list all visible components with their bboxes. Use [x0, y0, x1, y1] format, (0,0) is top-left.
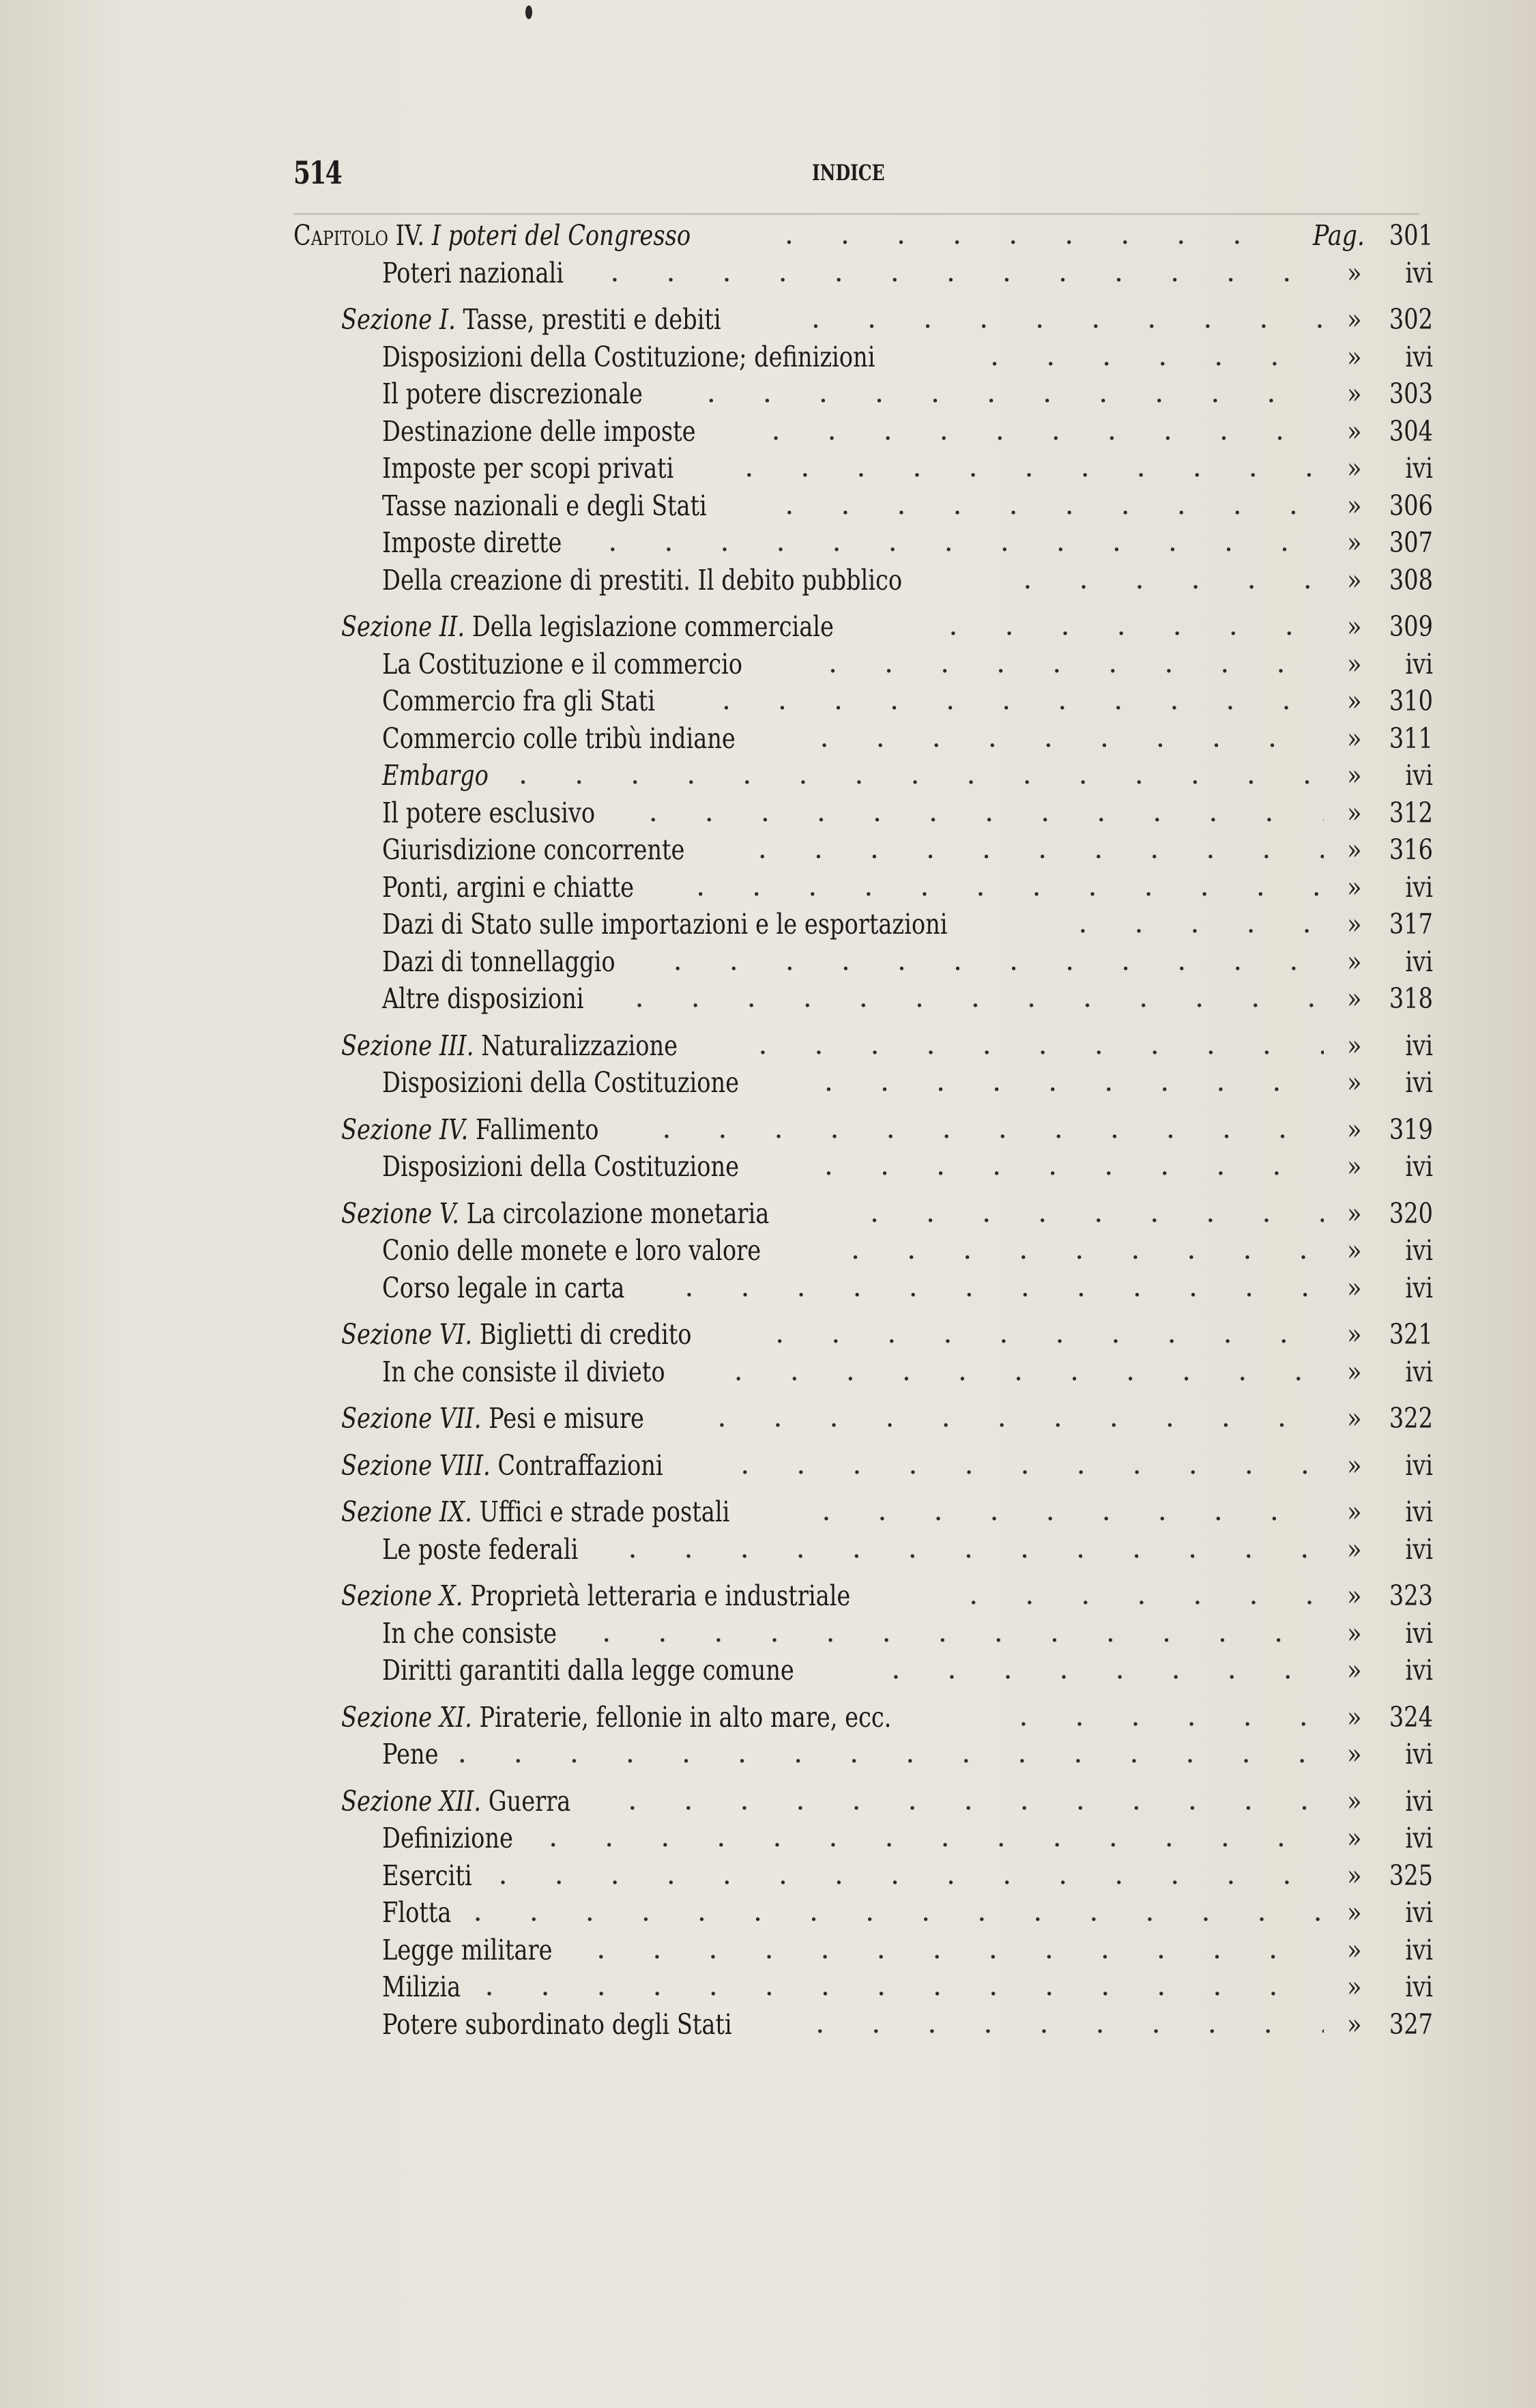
ditto-mark: » [1327, 339, 1362, 376]
page-ref: 301 [1377, 217, 1433, 255]
chapter-entry: Capitolo IV. I poteri del Congresso Pag.… [293, 217, 1433, 255]
entry-title: Fallimento [476, 1113, 599, 1146]
dot-leader [1071, 904, 1324, 942]
entry-label: Destinazione delle imposte [382, 413, 696, 450]
entry-label: Commercio fra gli Stati [382, 683, 655, 720]
page-ref: 303 [1377, 375, 1433, 413]
entry-title: Disposizioni della Costituzione; definiz… [382, 341, 875, 373]
entry-title: Contraffazioni [497, 1449, 663, 1482]
page-ref: ivi [1377, 1968, 1433, 2006]
entry-label: Milizia [382, 1968, 461, 2006]
ditto-mark: » [1327, 1783, 1362, 1820]
ditto-mark: » [1327, 1493, 1362, 1531]
entry-title: Dazi di tonnellaggio [382, 945, 615, 978]
entry-title: Pene [382, 1738, 439, 1771]
subsection-entry: Poteri nazionali»ivi [293, 255, 1433, 292]
page-ref: 323 [1377, 1577, 1433, 1615]
section-entry: Sezione IX. Uffici e strade postali»ivi [293, 1493, 1433, 1531]
section-number: Sezione IX. [341, 1495, 472, 1528]
entry-title: In che consiste il divieto [382, 1356, 665, 1388]
ditto-mark: » [1327, 1027, 1362, 1065]
section-number: Sezione XII. [341, 1785, 481, 1818]
subsection-entry: La Costituzione e il commercio»ivi [293, 646, 1433, 683]
subsection-entry: Definizione»ivi [293, 1820, 1433, 1857]
page-ref: ivi [1377, 1531, 1433, 1568]
entry-label: Disposizioni della Costituzione [382, 1064, 739, 1102]
subsection-entry: Dazi di Stato sulle importazioni e le es… [293, 906, 1433, 943]
ditto-mark: » [1327, 1064, 1362, 1102]
ditto-mark: » [1327, 1447, 1362, 1485]
ditto-mark: » [1327, 1195, 1362, 1233]
subsection-entry: Diritti garantiti dalla legge comune»ivi [293, 1652, 1433, 1689]
subsection-entry: In che consiste»ivi [293, 1615, 1433, 1652]
dot-leader [942, 607, 1324, 644]
subsection-entry: Milizia»ivi [293, 1968, 1433, 2006]
section-entry: Sezione II. Della legislazione commercia… [293, 608, 1433, 646]
page-ref: 310 [1377, 683, 1433, 720]
dot-leader [815, 1492, 1324, 1530]
subsection-entry: Destinazione delle imposte»304 [293, 413, 1433, 450]
dot-leader [822, 644, 1324, 682]
subsection-entry: Imposte per scopi privati»ivi [293, 450, 1433, 487]
dot-leader [738, 448, 1324, 486]
entry-title: Imposte per scopi privati [382, 452, 673, 485]
subsection-entry: Potere subordinato degli Stati»327 [293, 2006, 1433, 2044]
page-ref: 321 [1377, 1316, 1433, 1353]
page-ref: 318 [1377, 980, 1433, 1018]
entry-label: Sezione IV. Fallimento [341, 1111, 598, 1149]
entry-title: Le poste federali [382, 1533, 578, 1566]
page-ref: ivi [1377, 1932, 1433, 1969]
entry-title: La Costituzione e il commercio [382, 648, 742, 680]
section-entry: Sezione I. Tasse, prestiti e debiti»302 [293, 301, 1433, 339]
entry-title: Ponti, argini e chiatte [382, 871, 634, 904]
page-ref: ivi [1377, 339, 1433, 376]
ditto-mark: » [1327, 906, 1362, 943]
ditto-mark: » [1327, 301, 1362, 339]
running-title: INDICE [812, 160, 885, 186]
entry-title: Naturalizzazione [481, 1029, 678, 1062]
entry-label: Disposizioni della Costituzione [382, 1148, 739, 1186]
page-ref: 319 [1377, 1111, 1433, 1149]
ditto-mark: » [1327, 1857, 1362, 1895]
page-ref: ivi [1377, 255, 1433, 292]
entry-label: Commercio colle tribù indiane [382, 720, 736, 758]
entry-title: Disposizioni della Costituzione [382, 1150, 739, 1183]
section-number: Sezione VI. [341, 1318, 472, 1351]
ditto-mark: » [1327, 2006, 1362, 2044]
section-number: Sezione III. [341, 1029, 474, 1062]
dot-leader [601, 523, 1324, 560]
ditto-mark: » [1327, 487, 1362, 525]
entry-label: Sezione XI. Piraterie, fellonie in alto … [341, 1699, 891, 1736]
section-number: Sezione II. [341, 610, 465, 643]
subsection-entry: Imposte dirette»307 [293, 524, 1433, 562]
dot-leader [467, 1893, 1324, 1930]
dot-leader [710, 1399, 1324, 1436]
ditto-mark: » [1327, 450, 1362, 487]
entry-title: Altre disposizioni [382, 982, 584, 1015]
chapter-prefix: Capitolo [293, 219, 388, 252]
page-ref: ivi [1377, 1493, 1433, 1531]
entry-label: Il potere discrezionale [382, 375, 643, 413]
dot-leader [734, 1446, 1324, 1483]
entry-label: La Costituzione e il commercio [382, 646, 742, 683]
subsection-entry: Dazi di tonnellaggio»ivi [293, 943, 1433, 981]
dot-leader [778, 486, 1324, 524]
subsection-entry: Conio delle monete e loro valore»ivi [293, 1232, 1433, 1270]
dot-leader [512, 756, 1324, 793]
entry-label: Sezione III. Naturalizzazione [341, 1027, 678, 1065]
section-number: Sezione X. [341, 1579, 463, 1612]
page-ref: ivi [1377, 757, 1433, 794]
page-ref: 327 [1377, 2006, 1433, 2044]
entry-label: Dazi di tonnellaggio [382, 943, 615, 981]
dot-leader [590, 1930, 1324, 1968]
section-entry: Sezione XI. Piraterie, fellonie in alto … [293, 1699, 1433, 1736]
entry-label: In che consiste [382, 1615, 557, 1652]
page-ref: ivi [1377, 1027, 1433, 1065]
entry-label: Embargo [382, 757, 489, 794]
dot-leader [768, 1315, 1324, 1352]
entry-title: Tasse, prestiti e debiti [463, 303, 721, 336]
entry-label: Conio delle monete e loro valore [382, 1232, 761, 1270]
ink-speck [525, 5, 532, 19]
entry-label: Tasse nazionali e degli Stati [382, 487, 707, 525]
entry-title: Imposte dirette [382, 526, 562, 559]
entry-label: Eserciti [382, 1857, 472, 1895]
entry-title: Piraterie, fellonie in alto mare, ecc. [479, 1701, 891, 1734]
dot-leader [1012, 1697, 1324, 1735]
ditto-mark: » [1327, 943, 1362, 981]
entry-title: Biglietti di credito [480, 1318, 692, 1351]
entry-title: Commercio fra gli Stati [382, 685, 655, 717]
page-ref: 322 [1377, 1400, 1433, 1437]
page-ref: ivi [1377, 1270, 1433, 1307]
subsection-entry: Legge militare»ivi [293, 1932, 1433, 1969]
entry-title: Guerra [489, 1785, 571, 1818]
dot-leader [655, 1110, 1324, 1147]
page-ref: ivi [1377, 1652, 1433, 1689]
entry-label: Dazi di Stato sulle importazioni e le es… [382, 906, 948, 943]
dot-leader [451, 1734, 1324, 1772]
subsection-entry: Della creazione di prestiti. Il debito p… [293, 562, 1433, 599]
subsection-entry: Disposizioni della Costituzione»ivi [293, 1148, 1433, 1186]
entry-label: Sezione VI. Biglietti di credito [341, 1316, 691, 1353]
page-ref: ivi [1377, 450, 1433, 487]
page-ref: 324 [1377, 1699, 1433, 1736]
ditto-mark: » [1327, 1400, 1362, 1437]
entry-title: La circolazione monetaria [467, 1197, 770, 1230]
page-ref: ivi [1377, 1064, 1433, 1102]
dot-leader [689, 868, 1324, 905]
dot-leader [621, 1781, 1324, 1819]
subsection-entry: Disposizioni della Costituzione; definiz… [293, 339, 1433, 376]
entry-title: Poteri nazionali [382, 257, 564, 289]
page-ref: ivi [1377, 869, 1433, 906]
dot-leader [727, 1352, 1324, 1390]
section-entry: Sezione VII. Pesi e misure»322 [293, 1400, 1433, 1437]
ditto-mark: » [1327, 720, 1362, 758]
entry-label: Diritti garantiti dalla legge comune [382, 1652, 794, 1689]
entry-title: Flotta [382, 1896, 451, 1929]
entry-label: Sezione I. Tasse, prestiti e debiti [341, 301, 721, 339]
ditto-mark: » [1327, 831, 1362, 869]
entry-label: Corso legale in carta [382, 1270, 624, 1307]
entry-title: Milizia [382, 1970, 461, 2003]
dot-leader [809, 2005, 1324, 2042]
entry-label: Pene [382, 1736, 439, 1773]
entry-label: Flotta [382, 1894, 451, 1932]
ditto-mark: » [1327, 980, 1362, 1018]
chapter-heading: Capitolo IV. I poteri del Congresso [293, 217, 691, 255]
page-ref: 312 [1377, 794, 1433, 832]
chapter-title: I poteri del Congresso [432, 219, 691, 252]
page-ref: ivi [1377, 1783, 1433, 1820]
dot-leader [642, 793, 1324, 831]
entry-title: Tasse nazionali e degli Stati [382, 489, 707, 522]
ditto-mark: » [1327, 1531, 1362, 1568]
entry-label: In che consiste il divieto [382, 1353, 665, 1391]
page-ref: 320 [1377, 1195, 1433, 1233]
page-ref: ivi [1377, 1894, 1433, 1932]
ditto-mark: » [1327, 683, 1362, 720]
dot-leader [478, 1967, 1324, 2005]
entry-title: Pesi e misure [489, 1402, 644, 1435]
subsection-entry: In che consiste il divieto»ivi [293, 1353, 1433, 1391]
entry-label: Disposizioni della Costituzione; definiz… [382, 339, 875, 376]
dot-leader [603, 253, 1324, 291]
ditto-mark: » [1327, 1270, 1362, 1307]
ditto-mark: » [1327, 1148, 1362, 1186]
ditto-mark: » [1327, 1932, 1362, 1969]
entry-title: Potere subordinato degli Stati [382, 2008, 732, 2041]
subsection-entry: Giurisdizione concorrente»316 [293, 831, 1433, 869]
subsection-entry: Le poste federali»ivi [293, 1531, 1433, 1568]
dot-leader [678, 1268, 1324, 1306]
page-ref: 306 [1377, 487, 1433, 525]
section-entry: Sezione III. Naturalizzazione»ivi [293, 1027, 1433, 1065]
entry-title: Conio delle monete e loro valore [382, 1234, 761, 1267]
dot-leader [863, 1194, 1324, 1231]
ditto-mark: » [1327, 1699, 1362, 1736]
entry-label: Imposte dirette [382, 524, 562, 562]
ditto-mark: » [1327, 1652, 1362, 1689]
subsection-entry: Pene»ivi [293, 1736, 1433, 1773]
ditto-mark: » [1327, 1736, 1362, 1773]
dot-leader [1016, 560, 1324, 598]
ditto-mark: » [1327, 1316, 1362, 1353]
table-of-contents: Capitolo IV. I poteri del Congresso Pag.… [293, 217, 1433, 2043]
section-number: Sezione VII. [341, 1402, 481, 1435]
ditto-mark: » [1327, 1820, 1362, 1857]
dot-leader [962, 1576, 1324, 1614]
section-number: Sezione I. [341, 303, 456, 336]
dot-leader [667, 942, 1324, 979]
section-entry: Sezione XII. Guerra»ivi [293, 1783, 1433, 1820]
page-ref: ivi [1377, 1447, 1433, 1485]
entry-title: Uffici e strade postali [479, 1495, 729, 1528]
dot-leader [983, 337, 1324, 375]
subsection-entry: Commercio colle tribù indiane»311 [293, 720, 1433, 758]
entry-title: Giurisdizione concorrente [382, 833, 684, 866]
page-ref: 309 [1377, 608, 1433, 646]
dot-leader [542, 1818, 1324, 1856]
entry-label: Le poste federali [382, 1531, 578, 1568]
header-rule [293, 213, 1419, 215]
entry-title: Dazi di Stato sulle importazioni e le es… [382, 908, 948, 941]
entry-title: Disposizioni della Costituzione [382, 1066, 739, 1099]
page-ref: 304 [1377, 413, 1433, 450]
dot-leader [700, 374, 1324, 412]
ditto-mark: » [1327, 562, 1362, 599]
entry-title: Definizione [382, 1822, 513, 1854]
ditto-mark: » [1327, 1577, 1362, 1615]
dot-leader [715, 681, 1324, 719]
page-ref: 307 [1377, 524, 1433, 562]
section-entry: Sezione V. La circolazione monetaria»320 [293, 1195, 1433, 1233]
entry-label: Poteri nazionali [382, 255, 564, 292]
ditto-mark: » [1327, 255, 1362, 292]
section-number: Sezione IV. [341, 1113, 468, 1146]
ditto-mark: » [1327, 1232, 1362, 1270]
subsection-entry: Commercio fra gli Stati»310 [293, 683, 1433, 720]
subsection-entry: Corso legale in carta»ivi [293, 1270, 1433, 1307]
entry-title: Legge militare [382, 1934, 553, 1966]
section-entry: Sezione VIII. Contraffazioni»ivi [293, 1447, 1433, 1485]
dot-leader [805, 300, 1324, 337]
ditto-mark: » [1327, 524, 1362, 562]
entry-title: Eserciti [382, 1859, 472, 1892]
section-entry: Sezione IV. Fallimento»319 [293, 1111, 1433, 1149]
entry-title: Commercio colle tribù indiane [382, 722, 736, 755]
subsection-entry: Eserciti»325 [293, 1857, 1433, 1895]
dot-leader [751, 830, 1324, 868]
subsection-entry: Il potere esclusivo»312 [293, 794, 1433, 832]
page-ref: ivi [1377, 646, 1433, 683]
section-number: Sezione XI. [341, 1701, 472, 1734]
entry-title: Della creazione di prestiti. Il debito p… [382, 564, 902, 597]
entry-label: Sezione XII. Guerra [341, 1783, 570, 1820]
entry-title: Destinazione delle imposte [382, 415, 696, 448]
ditto-mark: » [1327, 1968, 1362, 2006]
entry-label: Altre disposizioni [382, 980, 584, 1018]
page-ref: ivi [1377, 1820, 1433, 1857]
dot-leader [778, 216, 1283, 253]
entry-title: Il potere discrezionale [382, 377, 643, 410]
ditto-mark: » [1327, 646, 1362, 683]
page-ref: ivi [1377, 1232, 1433, 1270]
section-entry: Sezione VI. Biglietti di credito»321 [293, 1316, 1433, 1353]
dot-leader [764, 412, 1324, 449]
subsection-entry: Ponti, argini e chiatte»ivi [293, 869, 1433, 906]
ditto-mark: » [1327, 1894, 1362, 1932]
page-ref: 311 [1377, 720, 1433, 758]
entry-label: Potere subordinato degli Stati [382, 2006, 732, 2044]
page-ref: ivi [1377, 1736, 1433, 1773]
dot-leader [492, 1856, 1324, 1893]
page-ref: ivi [1377, 1353, 1433, 1391]
chapter-numeral: IV. [396, 219, 424, 252]
ditto-mark: » [1327, 869, 1362, 906]
entry-label: Della creazione di prestiti. Il debito p… [382, 562, 902, 599]
ditto-mark: » [1327, 375, 1362, 413]
entry-title: Proprietà letteraria e industriale [470, 1579, 850, 1612]
entry-title: In che consiste [382, 1617, 557, 1650]
entry-label: Sezione X. Proprietà letteraria e indust… [341, 1577, 850, 1615]
entry-label: Sezione VIII. Contraffazioni [341, 1447, 663, 1485]
section-number: Sezione VIII. [341, 1449, 491, 1482]
dot-leader [817, 1147, 1324, 1184]
entry-title: Diritti garantiti dalla legge comune [382, 1654, 794, 1687]
entry-label: Sezione VII. Pesi e misure [341, 1400, 644, 1437]
page-ref: 325 [1377, 1857, 1433, 1895]
entry-title: Il potere esclusivo [382, 797, 595, 829]
entry-label: Imposte per scopi privati [382, 450, 673, 487]
entry-label: Ponti, argini e chiatte [382, 869, 634, 906]
dot-leader [621, 1530, 1324, 1567]
entry-label: Definizione [382, 1820, 513, 1857]
ditto-mark: » [1327, 794, 1362, 832]
entry-label: Legge militare [382, 1932, 553, 1969]
ditto-mark: » [1327, 608, 1362, 646]
dot-leader [813, 719, 1324, 756]
entry-label: Sezione II. Della legislazione commercia… [341, 608, 834, 646]
page-ref: ivi [1377, 943, 1433, 981]
page-ref: ivi [1377, 1148, 1433, 1186]
entry-title: Della legislazione commerciale [472, 610, 834, 643]
dot-leader [628, 979, 1324, 1016]
ditto-mark: » [1327, 1615, 1362, 1652]
page-ref: 317 [1377, 906, 1433, 943]
ditto-mark: » [1327, 1353, 1362, 1391]
entry-label: Sezione IX. Uffici e strade postali [341, 1493, 729, 1531]
entry-label: Il potere esclusivo [382, 794, 595, 832]
entry-label: Giurisdizione concorrente [382, 831, 684, 869]
page-ref: 302 [1377, 301, 1433, 339]
page-header: 514 INDICE [293, 154, 1426, 195]
entry-title: Embargo [382, 759, 489, 792]
subsection-entry: Disposizioni della Costituzione»ivi [293, 1064, 1433, 1102]
page-label: Pag. [1295, 217, 1365, 255]
subsection-entry: Il potere discrezionale»303 [293, 375, 1433, 413]
ditto-mark: » [1327, 1111, 1362, 1149]
subsection-entry: Embargo»ivi [293, 757, 1433, 794]
dot-leader [884, 1650, 1324, 1688]
page-ref: 308 [1377, 562, 1433, 599]
ditto-mark: » [1327, 757, 1362, 794]
subsection-entry: Tasse nazionali e degli Stati»306 [293, 487, 1433, 525]
section-number: Sezione V. [341, 1197, 459, 1230]
ditto-mark: » [1327, 413, 1362, 450]
dot-leader [817, 1063, 1324, 1100]
section-entry: Sezione X. Proprietà letteraria e indust… [293, 1577, 1433, 1615]
page-number: 514 [293, 154, 341, 191]
entry-title: Corso legale in carta [382, 1272, 624, 1304]
subsection-entry: Altre disposizioni»318 [293, 980, 1433, 1018]
dot-leader [595, 1614, 1324, 1651]
dot-leader [751, 1026, 1324, 1063]
page-ref: 316 [1377, 831, 1433, 869]
page-ref: ivi [1377, 1615, 1433, 1652]
dot-leader [844, 1231, 1324, 1268]
entry-label: Sezione V. La circolazione monetaria [341, 1195, 769, 1233]
subsection-entry: Flotta»ivi [293, 1894, 1433, 1932]
